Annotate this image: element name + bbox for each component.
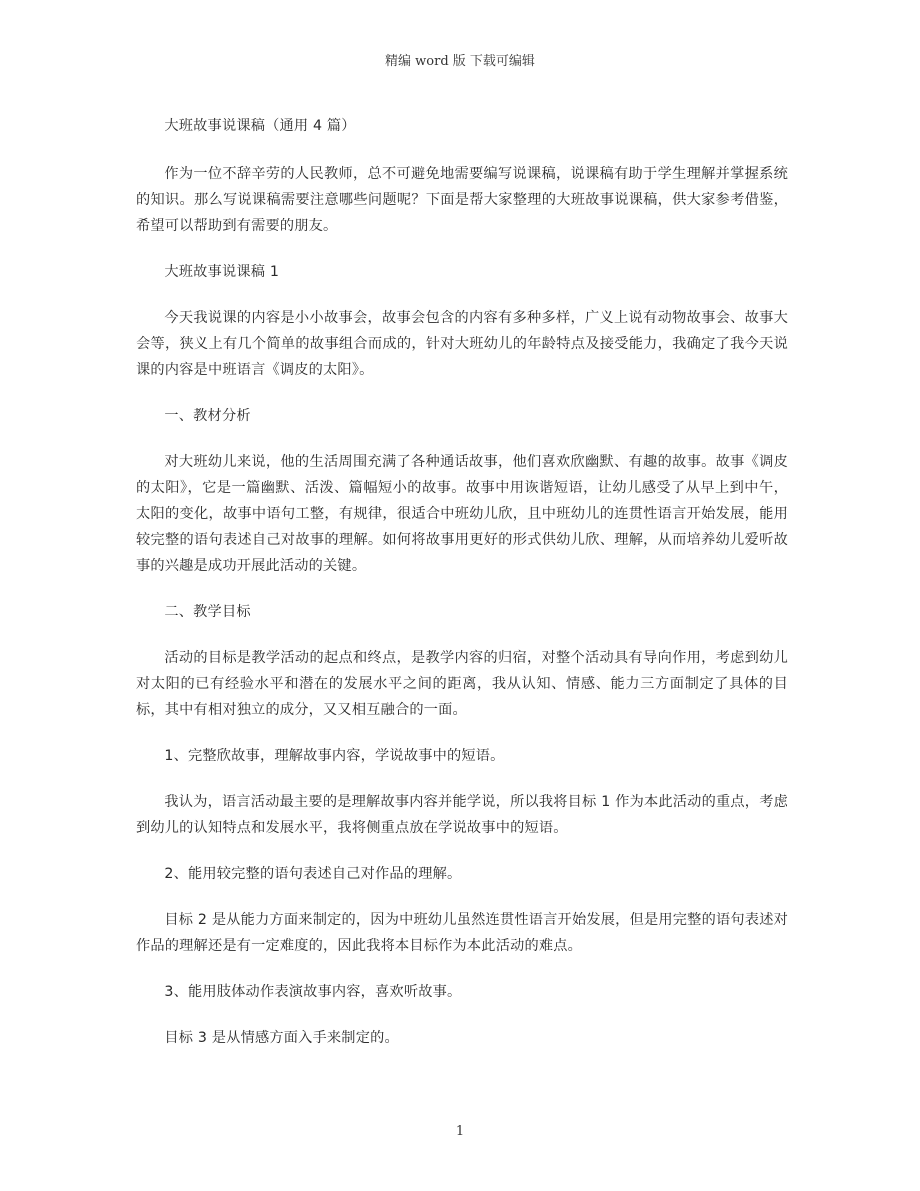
part-2-paragraph: 活动的目标是教学活动的起点和终点，是教学内容的归宿，对整个活动具有导向作用，考虑… [136, 645, 788, 723]
section-1-paragraph: 今天我说课的内容是小小故事会，故事会包含的内容有多种多样，广义上说有动物故事会、… [136, 305, 788, 383]
goal-3: 3、能用肢体动作表演故事内容，喜欢听故事。 [136, 979, 788, 1005]
part-1-heading: 一、教材分析 [136, 403, 788, 429]
page-header: 精编 word 版 下载可编辑 [0, 50, 920, 69]
document-title: 大班故事说课稿（通用 4 篇） [136, 113, 788, 139]
part-2-heading: 二、教学目标 [136, 599, 788, 625]
section-1-title: 大班故事说课稿 1 [136, 259, 788, 285]
goal-1: 1、完整欣故事，理解故事内容，学说故事中的短语。 [136, 743, 788, 769]
document-body: 大班故事说课稿（通用 4 篇） 作为一位不辞辛劳的人民教师，总不可避免地需要编写… [136, 113, 788, 1051]
part-1-paragraph: 对大班幼儿来说，他的生活周围充满了各种通话故事，他们喜欢欣幽默、有趣的故事。故事… [136, 449, 788, 579]
page-number: 1 [0, 1124, 920, 1139]
intro-paragraph: 作为一位不辞辛劳的人民教师，总不可避免地需要编写说课稿，说课稿有助于学生理解并掌… [136, 161, 788, 239]
goal-2-paragraph: 目标 2 是从能力方面来制定的，因为中班幼儿虽然连贯性语言开始发展，但是用完整的… [136, 907, 788, 959]
goal-3-paragraph: 目标 3 是从情感方面入手来制定的。 [136, 1025, 788, 1051]
goal-2: 2、能用较完整的语句表述自己对作品的理解。 [136, 861, 788, 887]
goal-1-paragraph: 我认为，语言活动最主要的是理解故事内容并能学说，所以我将目标 1 作为本此活动的… [136, 789, 788, 841]
